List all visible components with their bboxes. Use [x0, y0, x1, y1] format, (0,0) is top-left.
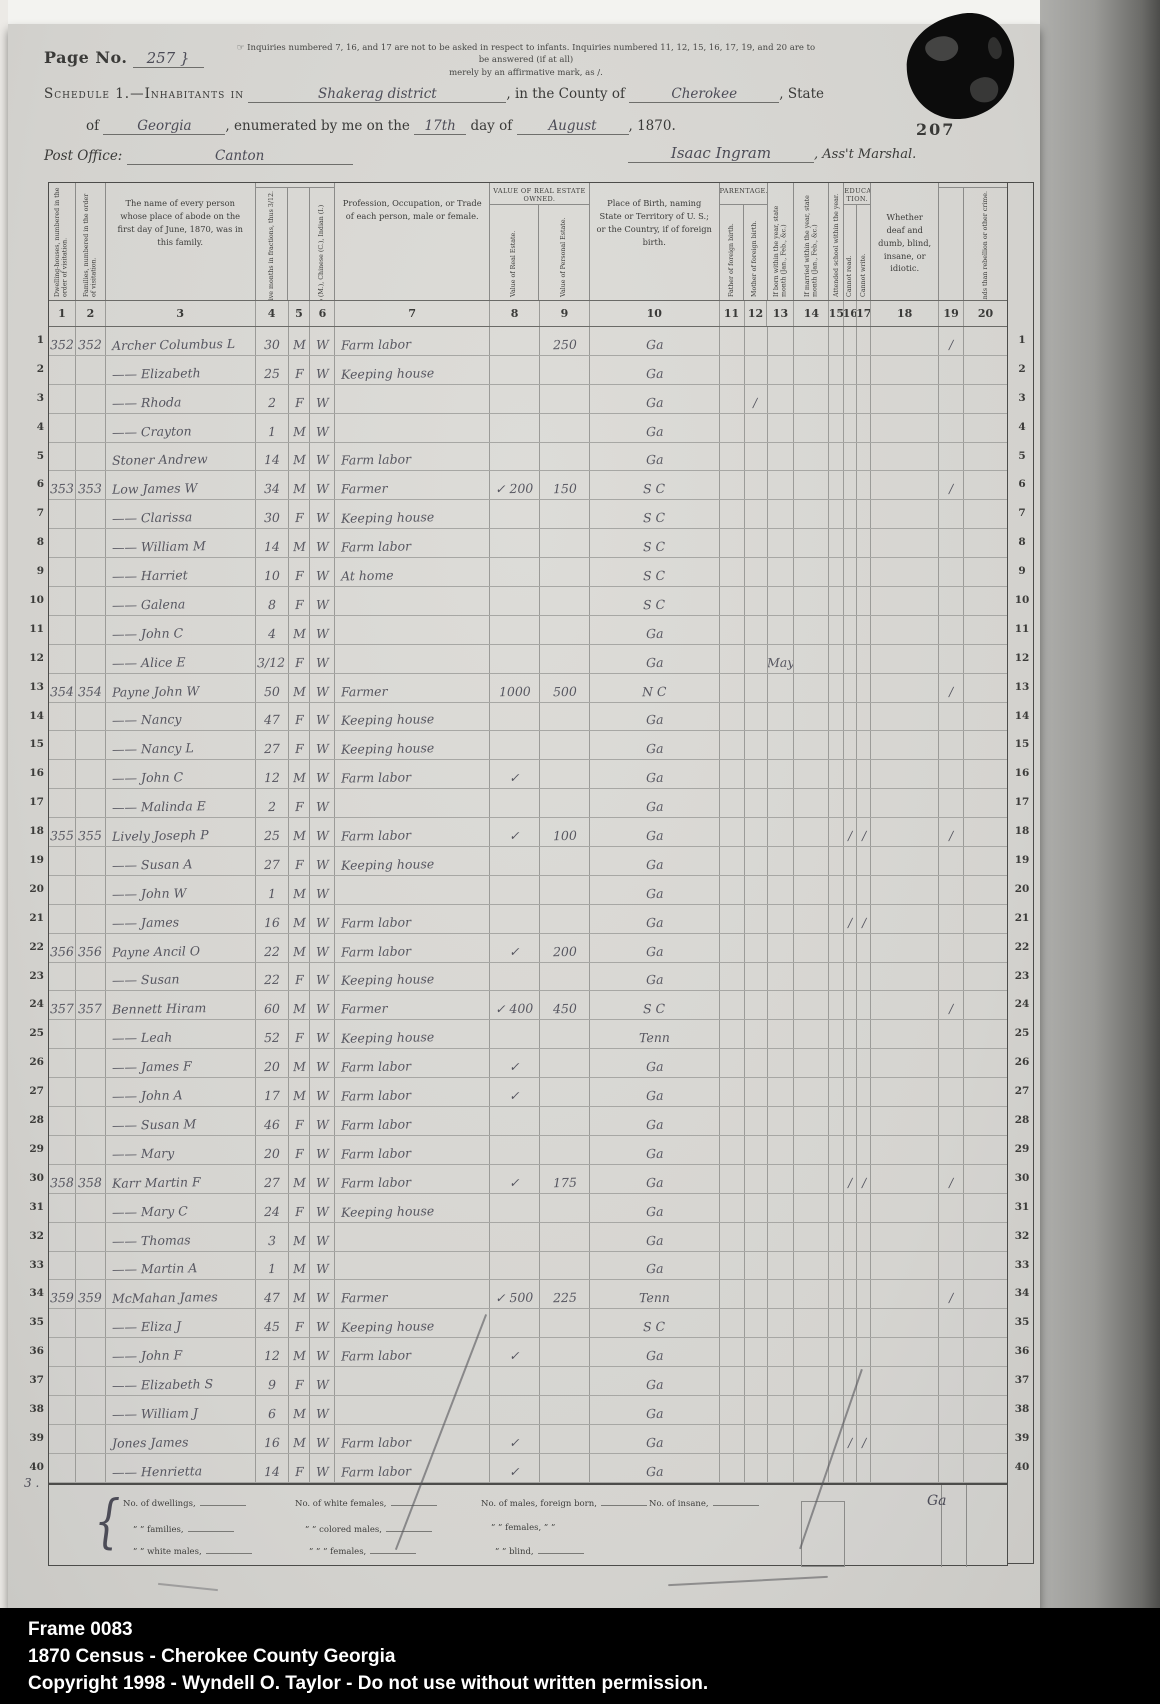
row-number: 29 — [1010, 1135, 1034, 1164]
entry-age: 12 — [263, 770, 279, 785]
cell-birth: N C — [590, 674, 720, 702]
cell-c11 — [720, 1165, 745, 1193]
entry-birth: Ga — [645, 366, 663, 381]
cell-name: —— Malinda E — [106, 789, 256, 817]
cell-fam — [76, 414, 106, 442]
cell-re: ✓ 500 — [490, 1280, 540, 1308]
footer-frame: Frame 0083 — [0, 1608, 1160, 1643]
cell-dw — [49, 760, 76, 788]
cell-sex: M — [289, 1252, 311, 1280]
cell-c16 — [844, 327, 857, 355]
entry-color: W — [316, 1261, 329, 1276]
cell-c16 — [844, 760, 857, 788]
table-row: 355355Lively Joseph P25MWFarm labor✓100G… — [49, 818, 1007, 847]
cell-c11 — [720, 1078, 745, 1106]
entry-age: 4 — [267, 626, 275, 641]
cell-sex: M — [289, 818, 311, 846]
cell-c19 — [939, 1020, 964, 1048]
cell-birth: Ga — [590, 1252, 720, 1280]
entry-age: 16 — [263, 915, 279, 930]
cell-occ — [335, 1367, 490, 1395]
cell-c20 — [964, 1454, 1007, 1482]
cell-dw — [49, 1309, 76, 1337]
cell-name: Low James W — [106, 471, 256, 499]
entry-name: —— Elizabeth S — [112, 1376, 213, 1393]
cell-c14 — [794, 1078, 829, 1106]
cell-c17 — [857, 356, 871, 384]
table-row: —— Rhoda2FWGa/ — [49, 385, 1007, 414]
cell-c20 — [964, 1367, 1007, 1395]
cell-dw — [49, 385, 76, 413]
header-personal-estate-text: Value of Personal Estate. — [559, 205, 569, 300]
cell-c17 — [857, 1309, 871, 1337]
cell-c13 — [768, 963, 795, 991]
header-father-foreign-text: Father of foreign birth. — [727, 205, 737, 300]
cell-c14 — [794, 356, 829, 384]
table-row: —— Susan M46FWFarm laborGa — [49, 1107, 1007, 1136]
cell-pe: 250 — [540, 327, 590, 355]
header-name: The name of every person whose place of … — [106, 183, 256, 300]
entry-re: 1000 — [498, 683, 530, 699]
cell-c11 — [720, 414, 745, 442]
cell-pe — [540, 1425, 590, 1453]
entry-age: 14 — [263, 539, 279, 554]
cell-age: 24 — [256, 1194, 289, 1222]
summary-females-foreign: ” ” females, ” ” — [491, 1523, 555, 1533]
cell-birth: S C — [590, 471, 720, 499]
cell-c18 — [871, 760, 939, 788]
entry-color: W — [316, 1001, 329, 1016]
cell-re — [490, 1107, 540, 1135]
cell-fam: 357 — [76, 991, 106, 1019]
cell-c16 — [844, 703, 857, 731]
table-row: —— Mary C24FWKeeping houseGa — [49, 1194, 1007, 1223]
cell-c19 — [939, 1078, 964, 1106]
marshal-signature-line: Isaac Ingram, Ass't Marshal. — [628, 144, 916, 163]
cell-pe — [540, 616, 590, 644]
summary-blind: ” ” blind, — [495, 1545, 584, 1557]
cell-color: W — [310, 1338, 335, 1366]
cell-name: Archer Columbus L — [106, 327, 256, 355]
entry-c16: / — [848, 915, 852, 930]
cell-occ: Keeping house — [335, 731, 490, 759]
enumerated-label: , enumerated by me on the — [225, 118, 409, 134]
cell-c12 — [745, 934, 768, 962]
entry-birth: Ga — [645, 770, 663, 785]
cell-c13 — [768, 529, 795, 557]
entry-age: 9 — [267, 1377, 275, 1392]
cell-c11 — [720, 1107, 745, 1135]
table-row: 353353Low James W34MWFarmer✓ 200150S C/ — [49, 471, 1007, 500]
cell-pe — [540, 1367, 590, 1395]
cell-pe: 150 — [540, 471, 590, 499]
cell-c12 — [745, 500, 768, 528]
cell-occ: Farmer — [335, 1280, 490, 1308]
entry-color: W — [316, 1088, 329, 1103]
entry-birth: Ga — [645, 799, 663, 814]
cell-pe: 200 — [540, 934, 590, 962]
cell-c17 — [857, 471, 871, 499]
month-handwritten: August — [517, 118, 629, 135]
table-row: —— James16MWFarm laborGa// — [49, 905, 1007, 934]
row-number: 38 — [1010, 1395, 1034, 1424]
entry-birth: Ga — [645, 1232, 663, 1247]
entry-age: 3 — [267, 1232, 275, 1247]
header-deaf-dumb-text: Whether deaf and dumb, blind, insane, or… — [871, 183, 938, 300]
cell-c18 — [871, 876, 939, 904]
cell-c11 — [720, 1194, 745, 1222]
cell-c14 — [794, 500, 829, 528]
cell-birth: Ga — [590, 1454, 720, 1482]
instruction-note: ☞ Inquiries numbered 7, 16, and 17 are n… — [236, 42, 816, 79]
cell-c17 — [857, 645, 871, 673]
row-number: 5 — [1010, 442, 1034, 471]
cell-c15 — [829, 558, 844, 586]
cell-c17 — [857, 1194, 871, 1222]
entry-birth: Ga — [645, 1261, 663, 1276]
cell-pe — [540, 587, 590, 615]
table-row: —— John W1MWGa — [49, 876, 1007, 905]
entry-color: W — [316, 943, 329, 958]
entry-c19: / — [949, 337, 953, 352]
cell-fam — [76, 1020, 106, 1048]
entry-name: —— Alice E — [112, 654, 186, 670]
cell-birth: Ga — [590, 443, 720, 471]
cell-dw — [49, 731, 76, 759]
cell-c14 — [794, 327, 829, 355]
cell-c17 — [857, 385, 871, 413]
cell-occ — [335, 789, 490, 817]
entry-name: —— Thomas — [112, 1232, 191, 1248]
cell-c14 — [794, 991, 829, 1019]
cell-fam — [76, 616, 106, 644]
entry-sex: M — [292, 452, 305, 467]
cell-c13 — [768, 327, 795, 355]
cell-re — [490, 587, 540, 615]
cell-c19 — [939, 934, 964, 962]
row-number: 37 — [22, 1366, 44, 1395]
cell-fam — [76, 1367, 106, 1395]
cell-birth: Ga — [590, 1223, 720, 1251]
cell-c15 — [829, 1309, 844, 1337]
cell-birth: Ga — [590, 1194, 720, 1222]
cell-c20 — [964, 385, 1007, 413]
entry-sex: F — [294, 597, 303, 612]
cell-c13 — [768, 876, 795, 904]
cell-c13 — [768, 1252, 795, 1280]
cell-dw — [49, 356, 76, 384]
enumeration-line: of Georgia, enumerated by me on the 17th… — [86, 118, 676, 135]
entry-re: ✓ — [509, 1059, 520, 1074]
cell-c12 — [745, 1165, 768, 1193]
cell-c13 — [768, 905, 795, 933]
table-row: —— William M14MWFarm laborS C — [49, 529, 1007, 558]
entry-name: —— William J — [112, 1405, 198, 1421]
cell-name: —— John C — [106, 760, 256, 788]
row-number: 2 — [1010, 355, 1034, 384]
entry-birth: Ga — [645, 1059, 663, 1074]
entry-sex: F — [294, 799, 303, 814]
cell-age: 16 — [256, 905, 289, 933]
cell-color: W — [310, 1309, 335, 1337]
cell-c15 — [829, 1223, 844, 1251]
cell-color: W — [310, 789, 335, 817]
entry-age: 52 — [263, 1030, 279, 1045]
entry-sex: F — [294, 510, 303, 525]
cell-c13 — [768, 1078, 795, 1106]
cell-c20 — [964, 1309, 1007, 1337]
row-number: 9 — [22, 557, 44, 586]
cell-c17 — [857, 1280, 871, 1308]
table-row: —— Nancy47FWKeeping houseGa — [49, 703, 1007, 732]
entry-birth: Ga — [645, 1406, 663, 1421]
cell-name: —— Clarissa — [106, 500, 256, 528]
cell-pe: 450 — [540, 991, 590, 1019]
cell-c18 — [871, 674, 939, 702]
cell-c16: / — [844, 905, 857, 933]
cell-fam: 358 — [76, 1165, 106, 1193]
cell-c20 — [964, 1338, 1007, 1366]
entry-re: ✓ 500 — [495, 1290, 534, 1306]
table-row: —— Elizabeth S9FWGa — [49, 1367, 1007, 1396]
cell-fam — [76, 1194, 106, 1222]
entry-age: 30 — [263, 337, 279, 352]
cell-sex: M — [289, 529, 311, 557]
cell-c11 — [720, 905, 745, 933]
cell-c11 — [720, 471, 745, 499]
cell-c14 — [794, 876, 829, 904]
cell-c19 — [939, 1396, 964, 1424]
entry-c16: / — [848, 1175, 852, 1190]
cell-re — [490, 1396, 540, 1424]
summary-families: ” ” families, — [133, 1523, 234, 1535]
entry-birth: Ga — [645, 423, 663, 438]
cell-dw: 355 — [49, 818, 76, 846]
cell-c19 — [939, 558, 964, 586]
cell-fam — [76, 876, 106, 904]
cell-c14 — [794, 1396, 829, 1424]
entry-name: —— John C — [112, 770, 183, 786]
cell-c18 — [871, 1309, 939, 1337]
row-number: 22 — [1010, 933, 1034, 962]
cell-c12 — [745, 1078, 768, 1106]
cell-dw: 352 — [49, 327, 76, 355]
entry-sex: F — [294, 972, 303, 987]
cell-birth: Ga — [590, 760, 720, 788]
cell-c18 — [871, 1223, 939, 1251]
entry-age: 34 — [263, 481, 279, 496]
cell-c11 — [720, 1020, 745, 1048]
cell-occ: Keeping house — [335, 703, 490, 731]
cell-c19 — [939, 1309, 964, 1337]
cell-c18 — [871, 1454, 939, 1482]
cell-color: W — [310, 529, 335, 557]
cell-age: 30 — [256, 327, 289, 355]
row-number: 25 — [1010, 1019, 1034, 1048]
cell-birth: Ga — [590, 1367, 720, 1395]
cell-name: —— Susan — [106, 963, 256, 991]
entry-sex: F — [294, 1030, 303, 1045]
entry-occ: Keeping house — [341, 509, 435, 526]
cell-name: —— Nancy L — [106, 731, 256, 759]
cell-c14 — [794, 1194, 829, 1222]
header-sex: Sex.—Males (M.), Females (F.) — [288, 188, 310, 300]
cell-c13 — [768, 789, 795, 817]
entry-name: —— Nancy L — [112, 741, 194, 757]
entry-c19: / — [949, 481, 953, 496]
cell-c19 — [939, 414, 964, 442]
cell-c15 — [829, 1136, 844, 1164]
cell-c17 — [857, 963, 871, 991]
cell-c17 — [857, 414, 871, 442]
cell-c13 — [768, 1049, 795, 1077]
row-number: 24 — [22, 990, 44, 1019]
cell-c13 — [768, 471, 795, 499]
table-row: 357357Bennett Hiram60MWFarmer✓ 400450S C… — [49, 991, 1007, 1020]
cell-c14 — [794, 1107, 829, 1135]
cell-c12 — [745, 1309, 768, 1337]
entry-name: —— Susan M — [112, 1116, 197, 1132]
table-row: —— Clarissa30FWKeeping houseS C — [49, 500, 1007, 529]
cell-pe — [540, 731, 590, 759]
cell-c16 — [844, 414, 857, 442]
cell-re — [490, 1223, 540, 1251]
cell-c16 — [844, 645, 857, 673]
state-suffix: , State — [779, 86, 824, 102]
cell-age: 22 — [256, 934, 289, 962]
header-married-month-text: If married within the year, state month … — [803, 183, 820, 300]
cell-pe — [540, 1396, 590, 1424]
cell-age: 14 — [256, 1454, 289, 1482]
cell-birth: Ga — [590, 1338, 720, 1366]
cell-occ: Farm labor — [335, 934, 490, 962]
cell-color: W — [310, 934, 335, 962]
entry-color: W — [316, 568, 329, 583]
cell-name: —— Eliza J — [106, 1309, 256, 1337]
county-label: , in the County of — [506, 86, 625, 102]
cell-fam — [76, 645, 106, 673]
cell-c19 — [939, 645, 964, 673]
entry-sex: M — [292, 481, 305, 496]
entry-age: 1 — [267, 1261, 275, 1276]
cell-c17 — [857, 1049, 871, 1077]
header-personal-estate: Value of Personal Estate. — [539, 205, 588, 300]
cell-c18 — [871, 731, 939, 759]
entry-age: 22 — [263, 943, 279, 958]
row-number: 16 — [22, 759, 44, 788]
entry-occ: Farm labor — [341, 770, 411, 786]
column-number: 7 — [335, 301, 490, 326]
cell-color: W — [310, 991, 335, 1019]
cell-c11 — [720, 1396, 745, 1424]
cell-c12 — [745, 847, 768, 875]
cell-c18 — [871, 558, 939, 586]
cell-age: 3/12 — [256, 645, 289, 673]
cell-c12 — [745, 731, 768, 759]
cell-c15 — [829, 1396, 844, 1424]
entry-sex: F — [294, 568, 303, 583]
cell-sex: M — [289, 443, 311, 471]
entry-birth: Ga — [645, 741, 663, 756]
row-number: 6 — [1010, 470, 1034, 499]
cell-color: W — [310, 760, 335, 788]
entry-birth: Ga — [645, 1463, 663, 1478]
cell-c20 — [964, 1223, 1007, 1251]
cell-age: 2 — [256, 385, 289, 413]
cell-color: W — [310, 731, 335, 759]
entry-age: 3/12 — [257, 654, 285, 669]
cell-c11 — [720, 1338, 745, 1366]
header-sex-text: Sex.—Males (M.), Females (F.) — [294, 188, 304, 300]
cell-c11 — [720, 1223, 745, 1251]
cell-age: 27 — [256, 731, 289, 759]
entry-fam: 355 — [78, 828, 102, 843]
cell-color: W — [310, 876, 335, 904]
cell-dw — [49, 905, 76, 933]
row-number: 35 — [1010, 1308, 1034, 1337]
entry-name: —— Leah — [112, 1030, 172, 1046]
cell-c12 — [745, 1367, 768, 1395]
cell-occ: Farm labor — [335, 1107, 490, 1135]
table-row: —— John C12MWFarm labor✓Ga — [49, 760, 1007, 789]
cell-c18 — [871, 327, 939, 355]
ink-blot — [900, 10, 1020, 128]
post-office-label: Post Office: — [44, 148, 122, 164]
table-row: —— Susan22FWKeeping houseGa — [49, 963, 1007, 992]
cell-re — [490, 1252, 540, 1280]
table-row: 358358Karr Martin F27MWFarm labor✓175Ga/… — [49, 1165, 1007, 1194]
row-number: 28 — [1010, 1106, 1034, 1135]
cell-name: McMahan James — [106, 1280, 256, 1308]
cell-c11 — [720, 934, 745, 962]
cell-sex: F — [289, 1136, 311, 1164]
summary-divider — [966, 1485, 967, 1567]
cell-c19 — [939, 963, 964, 991]
cell-occ: Farmer — [335, 471, 490, 499]
cell-sex: F — [289, 1020, 311, 1048]
entry-birth: S C — [643, 597, 665, 612]
cell-birth: Ga — [590, 414, 720, 442]
cell-c18 — [871, 905, 939, 933]
row-number: 35 — [22, 1308, 44, 1337]
cell-c17 — [857, 847, 871, 875]
header-deaf-dumb: Whether deaf and dumb, blind, insane, or… — [871, 183, 939, 300]
entry-birth: S C — [643, 1319, 665, 1334]
header-occupation: Profession, Occupation, or Trade of each… — [335, 183, 490, 300]
cell-occ: Farm labor — [335, 1078, 490, 1106]
entry-occ: Farm labor — [341, 1463, 411, 1479]
cell-dw — [49, 558, 76, 586]
cell-c11 — [720, 327, 745, 355]
entry-name: —— Susan — [112, 972, 180, 988]
entry-name: —— John F — [112, 1347, 183, 1363]
entry-sex: F — [294, 1377, 303, 1392]
cell-c11 — [720, 385, 745, 413]
entry-age: 14 — [263, 1463, 279, 1478]
cell-name: Bennett Hiram — [106, 991, 256, 1019]
header-mother-foreign: Mother of foreign birth. — [744, 205, 766, 300]
census-table: Dwelling-houses, numbered in the order o… — [48, 182, 1008, 1566]
cell-name: —— Elizabeth — [106, 356, 256, 384]
cell-pe — [540, 1454, 590, 1482]
cell-name: —— Nancy — [106, 703, 256, 731]
cell-c11 — [720, 1454, 745, 1482]
cell-pe — [540, 1223, 590, 1251]
entry-dw: 358 — [50, 1175, 74, 1190]
cell-c14 — [794, 674, 829, 702]
cell-name: —— Mary — [106, 1136, 256, 1164]
cell-c16 — [844, 587, 857, 615]
